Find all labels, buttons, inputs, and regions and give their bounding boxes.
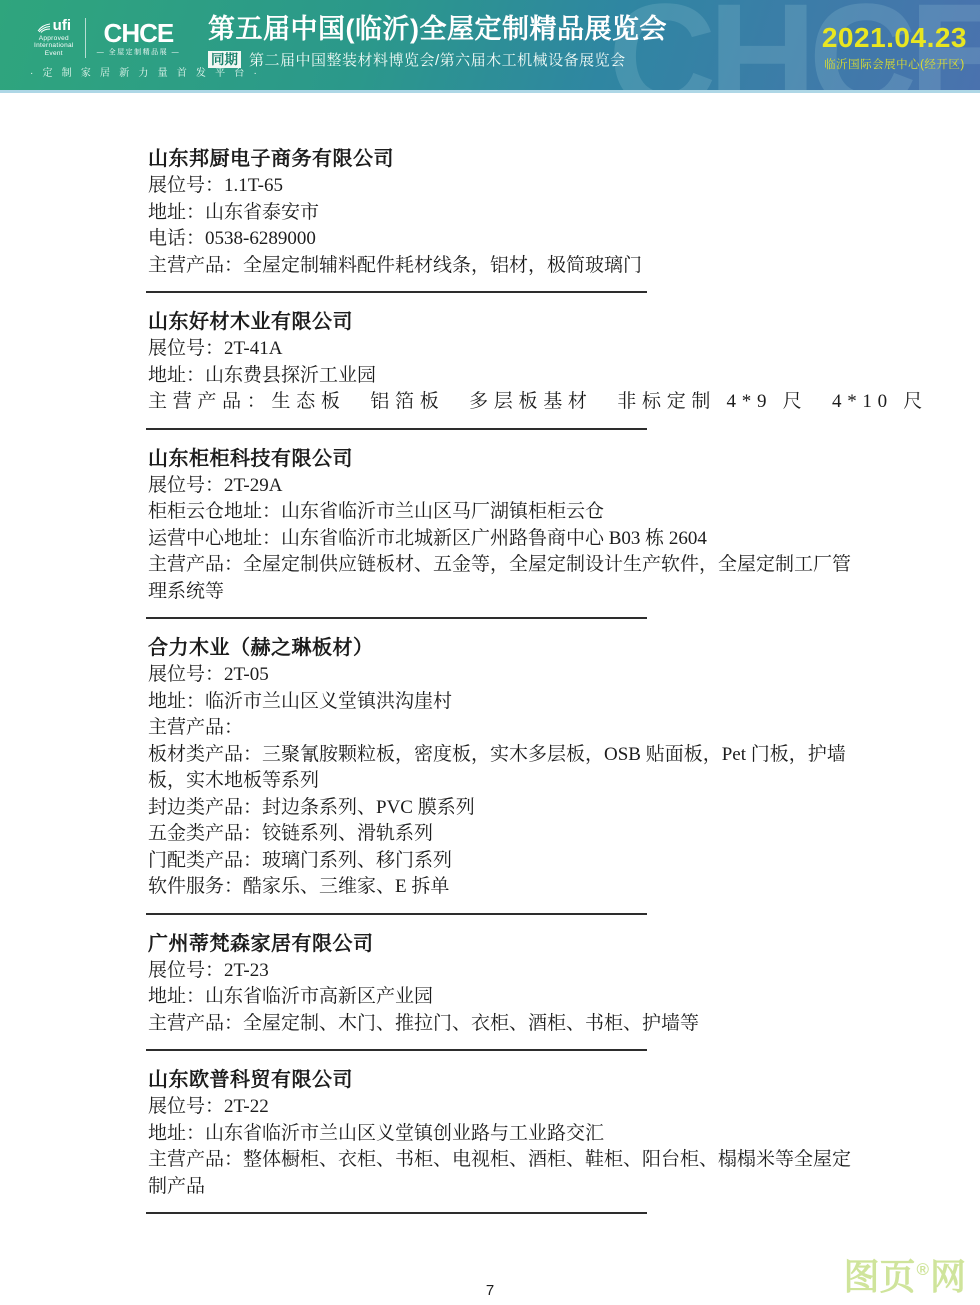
company-detail-line: 地址：山东省临沂市高新区产业园 (148, 984, 854, 1011)
section-divider (146, 428, 647, 430)
event-venue: 临沂国际会展中心(经开区) (822, 56, 967, 72)
exhibitor-list: 山东邦厨电子商务有限公司 展位号：1.1T-65地址：山东省泰安市电话：0538… (0, 93, 860, 1214)
exhibitor-entry: 广州蒂梵森家居有限公司 展位号：2T-23地址：山东省临沂市高新区产业园主营产品… (148, 931, 854, 1052)
company-name: 合力木业（赫之琳板材） (148, 635, 854, 661)
chce-logo-subtext: — 全屋定制精品展 — (97, 47, 180, 57)
section-divider (146, 1212, 647, 1214)
logo-group: ufi Approved International Event CHCE — … (34, 18, 180, 58)
exhibitor-entry: 山东邦厨电子商务有限公司 展位号：1.1T-65地址：山东省泰安市电话：0538… (148, 146, 854, 293)
company-detail-line: 主营产品： (148, 715, 854, 742)
exhibitor-entry: 山东欧普科贸有限公司 展位号：2T-22地址：山东省临沂市兰山区义堂镇创业路与工… (148, 1067, 854, 1214)
company-detail-line: 主营产品：全屋定制、木门、推拉门、衣柜、酒柜、书柜、护墙等 (148, 1011, 854, 1038)
company-name: 山东邦厨电子商务有限公司 (148, 146, 854, 172)
company-detail-line: 主营产品：生态板 铝箔板 多层板基材 非标定制 4*9 尺 4*10 尺 (148, 389, 854, 416)
exhibitor-entry: 山东好材木业有限公司 展位号：2T-41A地址：山东费县探沂工业园主营产品：生态… (148, 309, 854, 430)
ufi-logo-subtext: Approved International Event (34, 35, 74, 58)
company-detail-line: 地址：山东省临沂市兰山区义堂镇创业路与工业路交汇 (148, 1121, 854, 1148)
site-watermark-text-1: 图页 (843, 1256, 915, 1297)
company-detail-line: 门配类产品：玻璃门系列、移门系列 (148, 848, 854, 875)
site-watermark-text-2: 网 (930, 1256, 966, 1297)
chce-logo-text: CHCE (97, 20, 180, 46)
company-detail-line: 主营产品：全屋定制辅料配件耗材线条，铝材，极简玻璃门 (148, 253, 854, 280)
company-detail-line: 展位号：2T-23 (148, 958, 854, 985)
company-name: 广州蒂梵森家居有限公司 (148, 931, 854, 957)
company-detail-line: 地址：山东费县探沂工业园 (148, 363, 854, 390)
chce-logo: CHCE — 全屋定制精品展 — (97, 20, 180, 57)
company-detail-line: 柜柜云仓地址：山东省临沂市兰山区马厂湖镇柜柜云仓 (148, 499, 854, 526)
event-date-group: 2021.04.23 临沂国际会展中心(经开区) (822, 23, 967, 72)
company-detail-line: 封边类产品：封边条系列、PVC 膜系列 (148, 795, 854, 822)
company-detail-line: 展位号：2T-41A (148, 336, 854, 363)
company-detail-line: 电话：0538-6289000 (148, 226, 854, 253)
section-divider (146, 913, 647, 915)
exhibitor-entry: 合力木业（赫之琳板材） 展位号：2T-05地址：临沂市兰山区义堂镇洪沟崖村主营产… (148, 635, 854, 915)
company-detail-line: 展位号：2T-05 (148, 662, 854, 689)
ufi-logo-text: ufi (53, 19, 71, 33)
company-detail-line: 地址：临沂市兰山区义堂镇洪沟崖村 (148, 689, 854, 716)
section-divider (146, 1049, 647, 1051)
logo-divider (85, 18, 86, 58)
company-name: 山东欧普科贸有限公司 (148, 1067, 854, 1093)
section-divider (146, 291, 647, 293)
exhibitor-entry: 山东柜柜科技有限公司 展位号：2T-29A柜柜云仓地址：山东省临沂市兰山区马厂湖… (148, 446, 854, 620)
registered-mark-icon: ® (916, 1260, 929, 1279)
section-divider (146, 617, 647, 619)
page-number: 7 (0, 1282, 980, 1299)
banner-title-group: 第五届中国(临沂)全屋定制精品展览会 同期 第二届中国整装材料博览会/第六届木工… (208, 13, 667, 70)
company-detail-line: 展位号：2T-29A (148, 473, 854, 500)
company-detail-line: 主营产品：全屋定制供应链板材、五金等，全屋定制设计生产软件，全屋定制工厂管理系统… (148, 552, 854, 605)
concurrent-events-row: 同期 第二届中国整装材料博览会/第六届木工机械设备展览会 (208, 49, 667, 70)
concurrent-events-text: 第二届中国整装材料博览会/第六届木工机械设备展览会 (249, 49, 626, 70)
catalog-page: CHCE ufi Approved International Event CH… (0, 0, 980, 1305)
company-detail-line: 板材类产品：三聚氰胺颗粒板，密度板，实木多层板，OSB 贴面板，Pet 门板，护… (148, 742, 854, 795)
event-title: 第五届中国(临沂)全屋定制精品展览会 (208, 13, 667, 45)
company-detail-line: 地址：山东省泰安市 (148, 200, 854, 227)
company-detail-line: 主营产品：整体橱柜、衣柜、书柜、电视柜、酒柜、鞋柜、阳台柜、榻榻米等全屋定制产品 (148, 1147, 854, 1200)
company-detail-line: 展位号：2T-22 (148, 1094, 854, 1121)
ufi-logo: ufi Approved International Event (34, 19, 74, 58)
company-detail-line: 软件服务：酷家乐、三维家、E 拆单 (148, 874, 854, 901)
concurrent-badge: 同期 (208, 51, 241, 68)
company-detail-line: 五金类产品：铰链系列、滑轨系列 (148, 821, 854, 848)
site-watermark: 图页®网 (843, 1250, 966, 1297)
ufi-wave-icon (37, 23, 51, 33)
company-name: 山东好材木业有限公司 (148, 309, 854, 335)
company-detail-line: 展位号：1.1T-65 (148, 173, 854, 200)
event-banner: CHCE ufi Approved International Event CH… (0, 0, 980, 93)
company-name: 山东柜柜科技有限公司 (148, 446, 854, 472)
company-detail-line: 运营中心地址：山东省临沂市北城新区广州路鲁商中心 B03 栋 2604 (148, 526, 854, 553)
event-date: 2021.04.23 (822, 23, 967, 53)
